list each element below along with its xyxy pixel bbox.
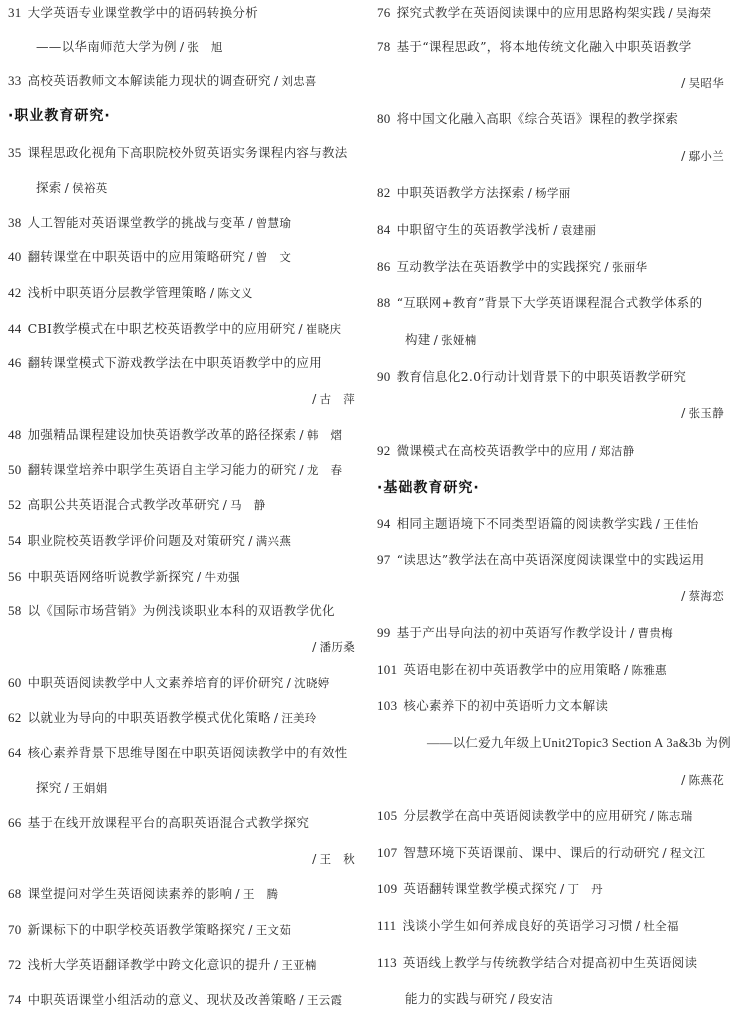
entry-title: 中职英语网络听说教学新探究 [28, 569, 194, 584]
toc-entry[interactable]: 40翻转课堂在中职英语中的应用策略研究/曾 文 [8, 247, 355, 267]
toc-entry[interactable]: 66基于在线开放课程平台的高职英语混合式教学探究 [8, 813, 355, 833]
entry-author: 龙 春 [307, 463, 342, 477]
toc-entry[interactable]: 78基于“课程思政”，将本地传统文化融入中职英语教学 [377, 37, 724, 57]
entry-title: 新课标下的中职学校英语教学策略探究 [28, 922, 246, 937]
separator: / [681, 75, 686, 90]
entry-subtitle: ——以华南师范大学为例 [36, 39, 177, 54]
entry-title: 基于产出导向法的初中英语写作教学设计 [397, 625, 627, 640]
separator: / [681, 148, 686, 163]
entry-author: 曾慧瑜 [256, 216, 291, 230]
page-number: 48 [8, 425, 22, 445]
page-number: 74 [8, 990, 22, 1010]
entry-title: 高职公共英语混合式教学改革研究 [28, 497, 220, 512]
page-number: 46 [8, 353, 22, 373]
separator: / [298, 321, 303, 336]
page-number: 40 [8, 247, 22, 267]
entry-author: 张娅楠 [441, 333, 476, 347]
entry-author: 袁建丽 [561, 223, 596, 237]
toc-entry[interactable]: 64核心素养背景下思维导图在中职英语阅读教学中的有效性 [8, 743, 355, 763]
separator: / [650, 808, 655, 823]
separator: / [248, 249, 253, 264]
entry-title: 微课模式在高校英语教学中的应用 [397, 443, 589, 458]
toc-entry-continuation: 探究/王娟娟 [8, 778, 355, 798]
toc-entry-author-line: /蔡海恋 [377, 586, 724, 606]
toc-entry[interactable]: 113英语线上教学与传统教学结合对提高初中生英语阅读 [377, 953, 724, 973]
toc-entry[interactable]: 103核心素养下的初中英语听力文本解读 [377, 696, 724, 716]
entry-author: 牛劝强 [205, 570, 240, 584]
page-number: 80 [377, 109, 391, 129]
toc-entry[interactable]: 90教育信息化2.0行动计划背景下的中职英语教学研究 [377, 367, 724, 387]
toc-entry[interactable]: 50翻转课堂培养中职学生英语自主学习能力的研究/龙 春 [8, 460, 355, 480]
page-number: 72 [8, 955, 22, 975]
toc-entry[interactable]: 74中职英语课堂小组活动的意义、现状及改善策略/王云霞 [8, 990, 355, 1010]
separator: / [553, 222, 558, 237]
entry-author: 王娟娟 [72, 781, 107, 795]
page-number: 101 [377, 660, 397, 680]
toc-entry[interactable]: 38人工智能对英语课堂教学的挑战与变革/曾慧瑜 [8, 213, 355, 233]
separator: / [299, 992, 304, 1007]
toc-entry[interactable]: 92微课模式在高校英语教学中的应用/郑洁静 [377, 441, 724, 461]
entry-title: 核心素养下的初中英语听力文本解读 [403, 698, 608, 713]
entry-title: 英语线上教学与传统教学结合对提高初中生英语阅读 [403, 955, 697, 970]
page-number: 78 [377, 37, 391, 57]
entry-author: 王云霞 [307, 993, 342, 1007]
page-number: 90 [377, 367, 391, 387]
toc-entry[interactable]: 62以就业为导向的中职英语教学模式优化策略/汪美玲 [8, 708, 355, 728]
toc-entry-continuation: ——以华南师范大学为例/张 旭 [8, 37, 355, 57]
page-number: 42 [8, 283, 22, 303]
toc-entry[interactable]: 88“互联网+教育”背景下大学英语课程混合式教学体系的 [377, 293, 724, 313]
toc-entry[interactable]: 101英语电影在初中英语教学中的应用策略/陈雅惠 [377, 660, 724, 680]
separator: / [274, 73, 279, 88]
entry-title: 基于“课程思政”，将本地传统文化融入中职英语教学 [397, 39, 692, 54]
toc-entry[interactable]: 68课堂提问对学生英语阅读素养的影响/王 腾 [8, 884, 355, 904]
toc-entry[interactable]: 33高校英语教师文本解读能力现状的调查研究/刘忠喜 [8, 71, 355, 91]
entry-title: 英语翻转课堂教学模式探究 [403, 881, 557, 896]
separator: / [662, 845, 667, 860]
toc-entry-continuation: ——以仁爱九年级上Unit2Topic3 Section A 3a&3b 为例 [377, 733, 724, 753]
toc-entry-author-line: /吴昭华 [377, 73, 724, 93]
entry-author: 汪美玲 [281, 711, 316, 725]
entry-subtitle: ——以仁爱九年级上Unit2Topic3 Section A 3a&3b 为例 [427, 736, 731, 750]
entry-title: 探究式教学在英语阅读课中的应用思路构架实践 [397, 5, 666, 20]
toc-entry[interactable]: 56中职英语网络听说教学新探究/牛劝强 [8, 567, 355, 587]
entry-title: 大学英语专业课堂教学中的语码转换分析 [28, 5, 258, 20]
toc-entry[interactable]: 44CBI教学模式在中职艺校英语教学中的应用研究/崔晓庆 [8, 319, 355, 339]
entry-title: 教育信息化2.0行动计划背景下的中职英语教学研究 [397, 369, 687, 384]
page-number: 54 [8, 531, 22, 551]
toc-entry[interactable]: 46翻转课堂模式下游戏教学法在中职英语教学中的应用 [8, 353, 355, 373]
entry-author: 张丽华 [612, 260, 647, 274]
page-number: 62 [8, 708, 22, 728]
entry-title: “互联网+教育”背景下大学英语课程混合式教学体系的 [397, 295, 703, 310]
separator: / [274, 710, 279, 725]
page-number: 82 [377, 183, 391, 203]
separator: / [299, 427, 304, 442]
separator: / [180, 39, 185, 54]
page-number: 35 [8, 143, 22, 163]
separator: / [636, 918, 641, 933]
entry-author: 郑洁静 [599, 444, 634, 458]
separator: / [681, 588, 686, 603]
page-number: 111 [377, 916, 396, 936]
page-number: 70 [8, 920, 22, 940]
separator: / [624, 662, 629, 677]
toc-entry[interactable]: 86互动教学法在英语教学中的实践探究/张丽华 [377, 257, 724, 277]
entry-title-cont: 探究 [36, 780, 62, 795]
entry-author: 崔晓庆 [306, 322, 341, 336]
entry-author: 刘忠喜 [281, 74, 316, 88]
entry-author: 杨学丽 [535, 186, 570, 200]
section-heading-basic-education: ·基础教育研究· [377, 478, 724, 498]
entry-author: 鄢小兰 [689, 149, 724, 163]
entry-author: 吴昭华 [689, 76, 724, 90]
separator: / [681, 405, 686, 420]
entry-author: 王 腾 [243, 887, 278, 901]
entry-author: 陈文义 [217, 286, 252, 300]
entry-author: 陈雅惠 [632, 663, 667, 677]
page-number: 107 [377, 843, 397, 863]
separator: / [248, 215, 253, 230]
entry-author: 杜全福 [643, 919, 678, 933]
separator: / [434, 332, 439, 347]
page-number: 109 [377, 879, 397, 899]
separator: / [223, 497, 228, 512]
toc-entry[interactable]: 97“读思达”教学法在高中英语深度阅读课堂中的实践运用 [377, 550, 724, 570]
toc-entry[interactable]: 99基于产出导向法的初中英语写作教学设计/曹贵梅 [377, 623, 724, 643]
entry-author: 满兴燕 [256, 534, 291, 548]
toc-entry-author-line: /张玉静 [377, 403, 724, 423]
entry-title: 浅析中职英语分层教学管理策略 [28, 285, 207, 300]
separator: / [630, 625, 635, 640]
entry-title: 人工智能对英语课堂教学的挑战与变革 [28, 215, 246, 230]
entry-author: 古 萍 [320, 392, 355, 406]
toc-entry-author-line: /潘历桑 [8, 637, 355, 657]
page-number: 52 [8, 495, 22, 515]
entry-author: 王佳怡 [663, 517, 698, 531]
separator: / [248, 533, 253, 548]
entry-title: 职业院校英语教学评价问题及对策研究 [28, 533, 246, 548]
page-number: 38 [8, 213, 22, 233]
entry-title: 智慧环境下英语课前、课中、课后的行动研究 [403, 845, 659, 860]
separator: / [656, 516, 661, 531]
toc-entry[interactable]: 94相同主题语境下不同类型语篇的阅读教学实践/王佳怡 [377, 514, 724, 534]
entry-author: 沈晓婷 [294, 676, 329, 690]
separator: / [528, 185, 533, 200]
toc-entry-author-line: /古 萍 [8, 389, 355, 409]
separator: / [312, 851, 317, 866]
entry-title: 高校英语教师文本解读能力现状的调查研究 [28, 73, 271, 88]
entry-author: 曹贵梅 [638, 626, 673, 640]
entry-title: 英语电影在初中英语教学中的应用策略 [403, 662, 621, 677]
entry-author: 曾 文 [256, 250, 291, 264]
separator: / [210, 285, 215, 300]
separator: / [274, 957, 279, 972]
page-number: 76 [377, 3, 391, 23]
entry-title-cont: 能力的实践与研究 [405, 991, 507, 1006]
entry-author: 王亚楠 [281, 958, 316, 972]
entry-author: 王 秋 [320, 852, 355, 866]
entry-author: 陈燕花 [689, 773, 724, 787]
entry-author: 蔡海恋 [689, 589, 724, 603]
entry-title: 翻转课堂模式下游戏教学法在中职英语教学中的应用 [28, 355, 322, 370]
page-number: 103 [377, 696, 397, 716]
entry-title: 核心素养背景下思维导图在中职英语阅读教学中的有效性 [28, 745, 348, 760]
entry-author: 张玉静 [689, 406, 724, 420]
entry-author: 程文江 [670, 846, 705, 860]
separator: / [197, 569, 202, 584]
entry-title: 分层教学在高中英语阅读教学中的应用研究 [403, 808, 646, 823]
entry-title: 以《国际市场营销》为例浅谈职业本科的双语教学优化 [28, 603, 335, 618]
separator: / [681, 772, 686, 787]
entry-title: 中职英语课堂小组活动的意义、现状及改善策略 [28, 992, 297, 1007]
separator: / [65, 180, 70, 195]
separator: / [287, 675, 292, 690]
toc-entry[interactable]: 70新课标下的中职学校英语教学策略探究/王文茹 [8, 920, 355, 940]
separator: / [248, 922, 253, 937]
page-number: 68 [8, 884, 22, 904]
toc-entry-author-line: /陈燕花 [377, 770, 724, 790]
toc-entry[interactable]: 48加强精品课程建设加快英语教学改革的路径探索/韩 熠 [8, 425, 355, 445]
page-number: 92 [377, 441, 391, 461]
separator: / [312, 391, 317, 406]
separator: / [312, 639, 317, 654]
entry-author: 张 旭 [187, 40, 222, 54]
page-number: 44 [8, 319, 22, 339]
entry-title: 基于在线开放课程平台的高职英语混合式教学探究 [28, 815, 310, 830]
page-number: 66 [8, 813, 22, 833]
page-number: 56 [8, 567, 22, 587]
toc-entry[interactable]: 82中职英语教学方法探索/杨学丽 [377, 183, 724, 203]
separator: / [592, 443, 597, 458]
separator: / [65, 780, 70, 795]
toc-entry-author-line: /王 秋 [8, 849, 355, 869]
page-number: 31 [8, 3, 22, 23]
entry-title: “读思达”教学法在高中英语深度阅读课堂中的实践运用 [397, 552, 705, 567]
separator: / [560, 881, 565, 896]
page-number: 88 [377, 293, 391, 313]
entry-title: 以就业为导向的中职英语教学模式优化策略 [28, 710, 271, 725]
entry-title-cont: 探索 [36, 180, 62, 195]
entry-author: 侯裕英 [72, 181, 107, 195]
toc-entry[interactable]: 84中职留守生的英语教学浅析/袁建丽 [377, 220, 724, 240]
toc-entry[interactable]: 52高职公共英语混合式教学改革研究/马 静 [8, 495, 355, 515]
toc-entry[interactable]: 60中职英语阅读教学中人文素养培育的评价研究/沈晓婷 [8, 673, 355, 693]
toc-entry-author-line: /鄢小兰 [377, 146, 724, 166]
toc-entry[interactable]: 54职业院校英语教学评价问题及对策研究/满兴燕 [8, 531, 355, 551]
entry-author: 吴海荣 [676, 6, 711, 20]
toc-entry[interactable]: 58以《国际市场营销》为例浅谈职业本科的双语教学优化 [8, 601, 355, 621]
entry-title: 相同主题语境下不同类型语篇的阅读教学实践 [397, 516, 653, 531]
entry-title: 中职留守生的英语教学浅析 [397, 222, 551, 237]
separator: / [668, 5, 673, 20]
entry-title: 课堂提问对学生英语阅读素养的影响 [28, 886, 233, 901]
entry-title: 翻转课堂培养中职学生英语自主学习能力的研究 [28, 462, 297, 477]
separator: / [235, 886, 240, 901]
entry-title: 中职英语阅读教学中人文素养培育的评价研究 [28, 675, 284, 690]
toc-entry[interactable]: 111浅谈小学生如何养成良好的英语学习习惯/杜全福 [377, 916, 724, 936]
entry-title: 课程思政化视角下高职院校外贸英语实务课程内容与教法 [28, 145, 348, 160]
entry-author: 马 静 [230, 498, 265, 512]
entry-title: 加强精品课程建设加快英语教学改革的路径探索 [28, 427, 297, 442]
section-heading-vocational: ·职业教育研究· [8, 106, 355, 126]
page-number: 60 [8, 673, 22, 693]
entry-author: 陈志瑞 [657, 809, 692, 823]
toc-entry[interactable]: 80将中国文化融入高职《综合英语》课程的教学探索 [377, 109, 724, 129]
entry-title: 将中国文化融入高职《综合英语》课程的教学探索 [397, 111, 679, 126]
page-number: 50 [8, 460, 22, 480]
page-number: 94 [377, 514, 391, 534]
entry-title: 互动教学法在英语教学中的实践探究 [397, 259, 602, 274]
entry-author: 韩 熠 [307, 428, 342, 442]
toc-entry[interactable]: 72浅析大学英语翻译教学中跨文化意识的提升/王亚楠 [8, 955, 355, 975]
page-number: 113 [377, 953, 397, 973]
toc-entry[interactable]: 31大学英语专业课堂教学中的语码转换分析 [8, 3, 355, 23]
entry-title: CBI教学模式在中职艺校英语教学中的应用研究 [28, 321, 296, 336]
entry-author: 丁 丹 [568, 882, 603, 896]
toc-entry[interactable]: 42浅析中职英语分层教学管理策略/陈文义 [8, 283, 355, 303]
entry-title: 浅析大学英语翻译教学中跨文化意识的提升 [28, 957, 271, 972]
toc-entry[interactable]: 76探究式教学在英语阅读课中的应用思路构架实践/吴海荣 [377, 3, 724, 23]
toc-entry[interactable]: 107智慧环境下英语课前、课中、课后的行动研究/程文江 [377, 843, 724, 863]
entry-author: 段安洁 [518, 992, 553, 1006]
toc-entry-continuation: 探索/侯裕英 [8, 178, 355, 198]
entry-title: 浅谈小学生如何养成良好的英语学习习惯 [402, 918, 632, 933]
entry-author: 王文茹 [256, 923, 291, 937]
page-number: 33 [8, 71, 22, 91]
separator: / [510, 991, 515, 1006]
toc-entry[interactable]: 35课程思政化视角下高职院校外贸英语实务课程内容与教法 [8, 143, 355, 163]
entry-title: 翻转课堂在中职英语中的应用策略研究 [28, 249, 246, 264]
page-number: 86 [377, 257, 391, 277]
toc-entry-continuation: 构建/张娅楠 [377, 330, 724, 350]
page-number: 64 [8, 743, 22, 763]
entry-title-cont: 构建 [405, 332, 431, 347]
page-number: 97 [377, 550, 391, 570]
page-number: 58 [8, 601, 22, 621]
page-number: 84 [377, 220, 391, 240]
separator: / [299, 462, 304, 477]
toc-entry-continuation: 能力的实践与研究/段安洁 [377, 989, 724, 1009]
page-number: 99 [377, 623, 391, 643]
toc-entry[interactable]: 105分层教学在高中英语阅读教学中的应用研究/陈志瑞 [377, 806, 724, 826]
toc-entry[interactable]: 109英语翻转课堂教学模式探究/丁 丹 [377, 879, 724, 899]
entry-title: 中职英语教学方法探索 [397, 185, 525, 200]
separator: / [604, 259, 609, 274]
page-number: 105 [377, 806, 397, 826]
entry-author: 潘历桑 [320, 640, 355, 654]
